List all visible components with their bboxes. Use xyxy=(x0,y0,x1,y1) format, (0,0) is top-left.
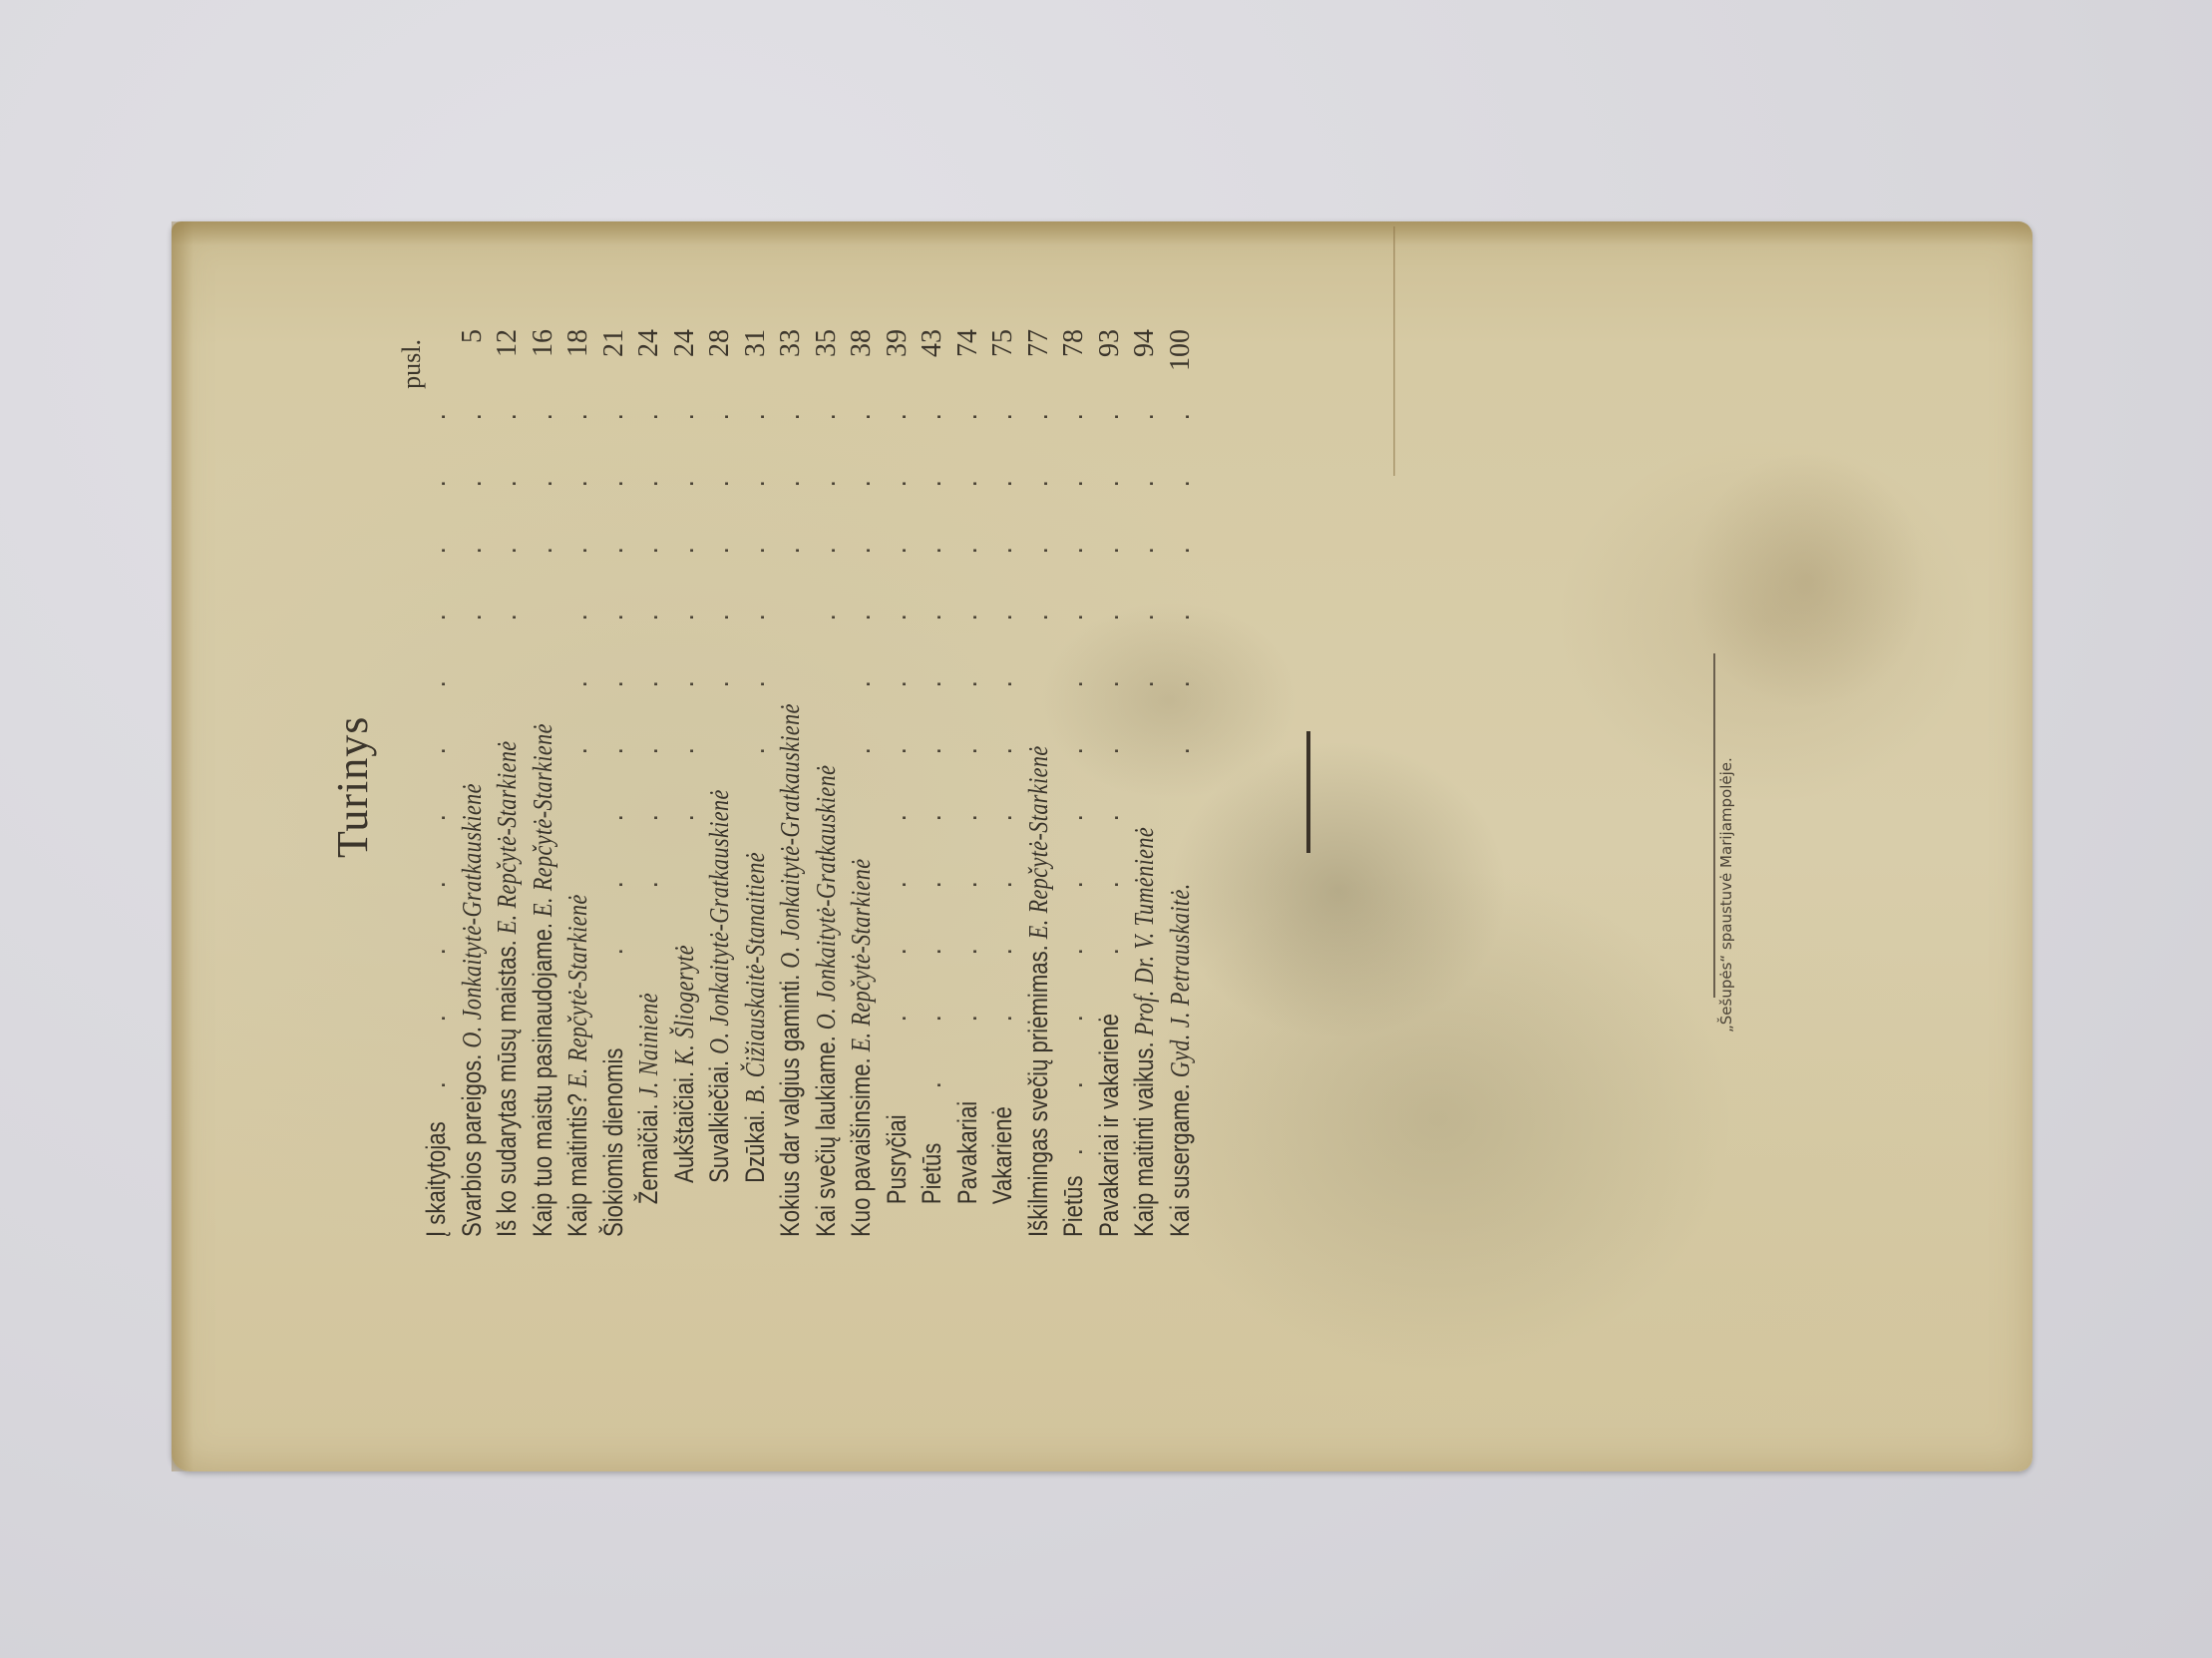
toc-entry-title: Šiokiomis dienomis xyxy=(596,1048,632,1237)
table-of-contents: Turinys pusl. Į skaitytojas. . . . . . .… xyxy=(319,329,1316,1237)
toc-leader-dots: . . . . . . . . . . . . . . . . . . . . … xyxy=(1127,387,1163,731)
toc-entry-title: Svarbios pareigos. O. Jonkaitytė-Gratkau… xyxy=(455,783,491,1237)
toc-entry: Kaip maitintis? E. Repčytė-Starkienė. . … xyxy=(560,329,596,1237)
toc-page-number: 75 xyxy=(985,329,1021,381)
toc-entry-author: O. Jonkaitytė-Gratkauskienė xyxy=(704,789,734,1060)
toc-entry: Vakarienė. . . . . . . . . . . . . . . .… xyxy=(985,329,1021,1237)
toc-entry-title: Kai susergame. Gyd. J. Petrauskaitė. xyxy=(1163,883,1199,1237)
toc-entry-title: Aukštaičiai. K. Šliogerytė xyxy=(667,945,703,1237)
toc-entry-title: Kaip maitinti vaikus. Prof. Dr. V. Tumėn… xyxy=(1127,827,1163,1237)
toc-leader-dots: . . . . . . . . . . . . . . . . . . . . … xyxy=(773,387,809,581)
toc-entry-author: O. Jonkaitytė-Gratkauskienė xyxy=(811,765,841,1036)
toc-entry: Kuo pavaišinsime. E. Repčytė-Starkienė. … xyxy=(844,329,880,1237)
toc-page-number: 100 xyxy=(1163,329,1199,381)
toc-entry-title: Pietūs xyxy=(915,1143,950,1237)
toc-entry-author: E. Repčytė-Starkienė xyxy=(1023,745,1053,945)
toc-page-number: 24 xyxy=(667,329,703,381)
toc-entry: Iš ko sudarytas mūsų maistas. E. Repčytė… xyxy=(490,329,526,1237)
toc-leader-dots: . . . . . . . . . . . . . . . . . . . . … xyxy=(950,387,986,1065)
decorative-rule xyxy=(1306,731,1310,853)
toc-leader-dots: . . . . . . . . . . . . . . . . . . . . … xyxy=(844,387,880,769)
toc-entry-author: O. Jonkaitytė-Gratkauskienė xyxy=(775,703,805,975)
toc-leader-dots: . . . . . . . . . . . . . . . . . . . . … xyxy=(596,387,632,1001)
toc-page-number: 28 xyxy=(702,329,738,381)
toc-page-number: 33 xyxy=(773,329,809,381)
toc-page-number: 12 xyxy=(490,329,526,381)
toc-page-number: 18 xyxy=(560,329,596,381)
toc-leader-dots: . . . . . . . . . . . . . . . . . . . . … xyxy=(880,387,916,1081)
stain xyxy=(1687,451,1927,710)
toc-leader-dots: . . . . . . . . . . . . . . . . . . . . … xyxy=(702,387,738,685)
toc-entry: Šiokiomis dienomis. . . . . . . . . . . … xyxy=(596,329,632,1237)
toc-entry-title: Vakarienė xyxy=(985,1106,1021,1237)
toc-entry-author: J. Nainienė xyxy=(633,993,663,1103)
toc-entry: Kai svečių laukiame. O. Jonkaitytė-Gratk… xyxy=(809,329,845,1237)
toc-leader-dots: . . . . . . . . . . . . . . . . . . . . … xyxy=(738,387,774,761)
toc-entry-title: Kokius dar valgius gaminti. O. Jonkaityt… xyxy=(773,703,809,1237)
toc-entry: Suvalkiečiai. O. Jonkaitytė-Gratkauskien… xyxy=(702,329,738,1237)
printer-imprint: „Šešupės“ spaustuvė Marijampolėje. xyxy=(1717,757,1735,1033)
toc-entry: Į skaitytojas. . . . . . . . . . . . . .… xyxy=(419,329,455,1237)
toc-entry-author: E. Repčytė-Starkienė xyxy=(528,723,557,923)
toc-entry-author: E. Repčytė-Starkienė xyxy=(562,894,592,1093)
page-title: Turinys xyxy=(327,716,378,858)
toc-entry-title: Kuo pavaišinsime. E. Repčytė-Starkienė xyxy=(844,859,880,1237)
toc-leader-dots: . . . . . . . . . . . . . . . . . . . . … xyxy=(1021,387,1057,631)
toc-entry: Svarbios pareigos. O. Jonkaitytė-Gratkau… xyxy=(455,329,491,1237)
toc-entry-title: Kaip tuo maistu pasinaudojame. E. Repčyt… xyxy=(526,723,561,1237)
toc-leader-dots: . . . . . . . . . . . . . . . . . . . . … xyxy=(809,387,845,655)
toc-entry: Kokius dar valgius gaminti. O. Jonkaityt… xyxy=(773,329,809,1237)
toc-page-number: 21 xyxy=(596,329,632,381)
toc-page-number: 39 xyxy=(880,329,916,381)
toc-leader-dots: . . . . . . . . . . . . . . . . . . . . … xyxy=(455,387,491,677)
toc-page-number: 77 xyxy=(1021,329,1057,381)
toc-leader-dots: . . . . . . . . . . . . . . . . . . . . … xyxy=(490,387,526,625)
toc-entry-title: Pavakariai xyxy=(950,1101,986,1237)
toc-entry-author: K. Šliogerytė xyxy=(669,945,699,1071)
toc-entry: Pietūs. . . . . . . . . . . . . . . . . … xyxy=(1056,329,1092,1237)
toc-entry-title: Žemaičiai. J. Nainienė xyxy=(631,993,667,1237)
toc-page-number: 31 xyxy=(738,329,774,381)
toc-leader-dots: . . . . . . . . . . . . . . . . . . . . … xyxy=(667,387,703,875)
toc-entry: Aukštaičiai. K. Šliogerytė. . . . . . . … xyxy=(667,329,703,1237)
toc-page-number: 94 xyxy=(1127,329,1163,381)
toc-entry-title: Dzūkai. B. Čižiauskaitė-Stanaitienė xyxy=(738,852,774,1237)
toc-page-number: 24 xyxy=(631,329,667,381)
toc-page-number: 38 xyxy=(844,329,880,381)
toc-entry: Kaip tuo maistu pasinaudojame. E. Repčyt… xyxy=(526,329,561,1237)
toc-entry-title: Iškilmingas svečių priėmimas. E. Repčytė… xyxy=(1021,745,1057,1237)
toc-entry-author: E. Repčytė-Starkienė xyxy=(846,859,876,1058)
toc-entry-title: Pusryčiai xyxy=(880,1114,916,1237)
imprint-rule xyxy=(1713,653,1715,998)
toc-entry-title: Iš ko sudarytas mūsų maistas. E. Repčytė… xyxy=(490,740,526,1237)
toc-entry: Žemaičiai. J. Nainienė. . . . . . . . . … xyxy=(631,329,667,1237)
toc-page-number: 78 xyxy=(1056,329,1092,381)
toc-entry-author: O. Jonkaitytė-Gratkauskienė xyxy=(457,783,487,1054)
toc-entry-author: E. Repčytė-Starkienė xyxy=(492,740,522,940)
toc-entry-title: Suvalkiečiai. O. Jonkaitytė-Gratkauskien… xyxy=(702,789,738,1237)
toc-entry-author: B. Čižiauskaitė-Stanaitienė xyxy=(740,852,770,1109)
toc-entry: Kai susergame. Gyd. J. Petrauskaitė.. . … xyxy=(1163,329,1199,1237)
toc-leader-dots: . . . . . . . . . . . . . . . . . . . . … xyxy=(1056,387,1092,1156)
toc-entry-title: Pietūs xyxy=(1056,1175,1092,1237)
toc-entry-title: Pavakariai ir vakarienė xyxy=(1092,1014,1128,1237)
toc-entry: Pavakariai. . . . . . . . . . . . . . . … xyxy=(950,329,986,1237)
toc-entry: Pusryčiai. . . . . . . . . . . . . . . .… xyxy=(880,329,916,1237)
page-top-edge xyxy=(172,221,2032,245)
toc-entry: Iškilmingas svečių priėmimas. E. Repčytė… xyxy=(1021,329,1057,1237)
toc-leader-dots: . . . . . . . . . . . . . . . . . . . . … xyxy=(560,387,596,813)
toc-page-number: 93 xyxy=(1092,329,1128,381)
toc-entry: Pietūs. . . . . . . . . . . . . . . . . … xyxy=(915,329,950,1237)
toc-leader-dots: . . . . . . . . . . . . . . . . . . . . … xyxy=(915,387,950,1116)
toc-entry-title: Kai svečių laukiame. O. Jonkaitytė-Gratk… xyxy=(809,765,845,1237)
toc-page-number: 16 xyxy=(526,329,561,381)
toc-list: Į skaitytojas. . . . . . . . . . . . . .… xyxy=(419,329,1198,1237)
toc-entry-author: Prof. Dr. V. Tumėnienė xyxy=(1129,827,1159,1041)
toc-leader-dots: . . . . . . . . . . . . . . . . . . . . … xyxy=(985,387,1021,1071)
toc-leader-dots: . . . . . . . . . . . . . . . . . . . . … xyxy=(419,387,455,1090)
toc-entry-title: Kaip maitintis? E. Repčytė-Starkienė xyxy=(560,894,596,1237)
toc-leader-dots: . . . . . . . . . . . . . . . . . . . . … xyxy=(1163,387,1199,799)
toc-leader-dots: . . . . . . . . . . . . . . . . . . . . … xyxy=(631,387,667,933)
toc-entry: Pavakariai ir vakarienė. . . . . . . . .… xyxy=(1092,329,1128,1237)
toc-entry-author: Gyd. J. Petrauskaitė. xyxy=(1165,883,1195,1083)
toc-entry-title: Į skaitytojas xyxy=(419,1121,455,1237)
page-left-edge xyxy=(172,221,193,1471)
toc-leader-dots: . . . . . . . . . . . . . . . . . . . . … xyxy=(1092,387,1128,959)
toc-page-number: 5 xyxy=(455,329,491,381)
toc-page-number: 43 xyxy=(915,329,950,381)
toc-page-number: 35 xyxy=(809,329,845,381)
toc-page-number: 74 xyxy=(950,329,986,381)
toc-entry: Dzūkai. B. Čižiauskaitė-Stanaitienė. . .… xyxy=(738,329,774,1237)
toc-leader-dots: . . . . . . . . . . . . . . . . . . . . … xyxy=(526,387,561,605)
toc-entry: Kaip maitinti vaikus. Prof. Dr. V. Tumėn… xyxy=(1127,329,1163,1237)
paper-crease xyxy=(1393,226,1405,476)
